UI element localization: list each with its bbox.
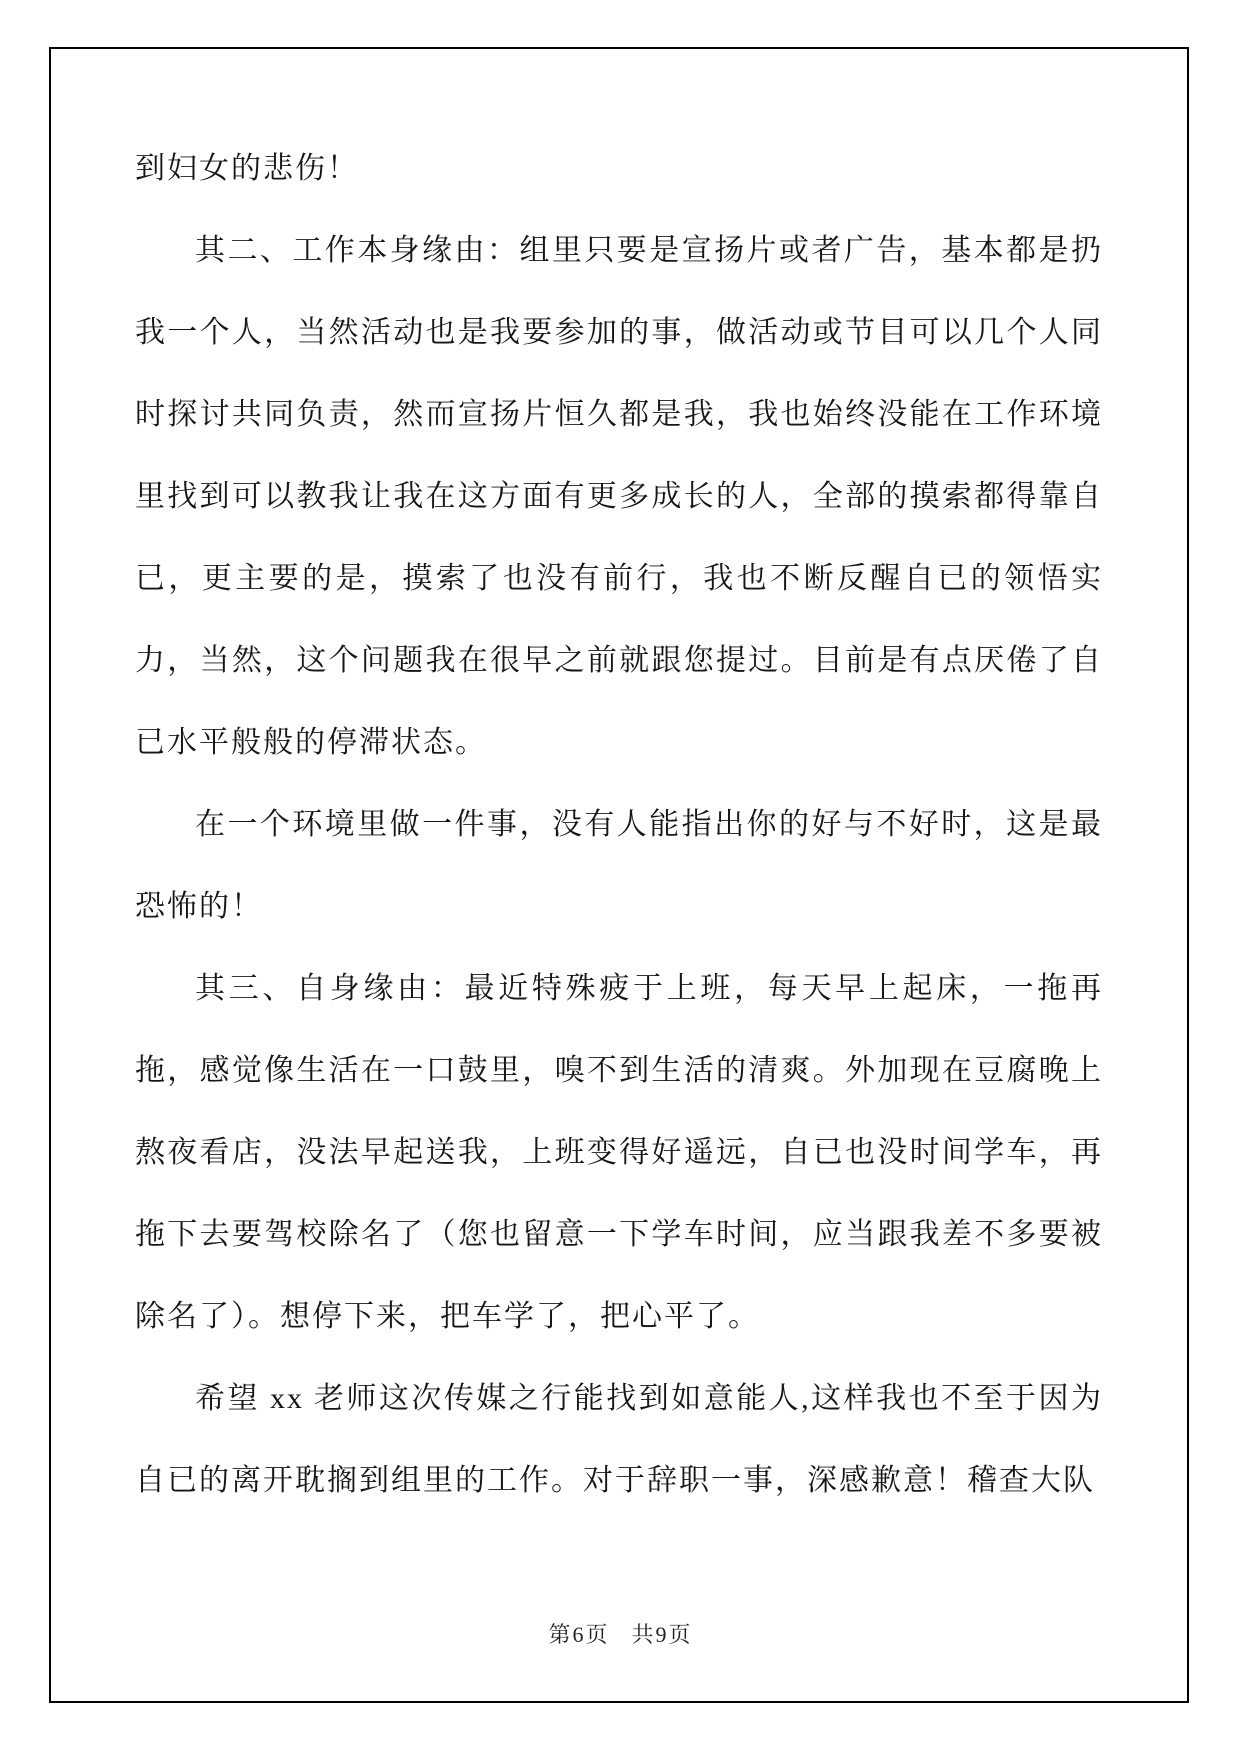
page-footer: 第6页共9页 (0, 1618, 1241, 1649)
document-body: 到妇女的悲伤！ 其二、工作本身缘由：组里只要是宣扬片或者广告，基本都是扔我一个人… (135, 128, 1103, 1522)
paragraph: 其三、自身缘由：最近特殊疲于上班，每天早上起床，一拖再拖，感觉像生活在一口鼓里，… (135, 948, 1103, 1358)
page-number-current: 第6页 (548, 1622, 609, 1647)
page-number-total: 共9页 (632, 1622, 693, 1647)
paragraph: 在一个环境里做一件事，没有人能指出你的好与不好时，这是最恐怖的！ (135, 784, 1103, 948)
document-page: 到妇女的悲伤！ 其二、工作本身缘由：组里只要是宣扬片或者广告，基本都是扔我一个人… (0, 0, 1241, 1754)
paragraph: 其二、工作本身缘由：组里只要是宣扬片或者广告，基本都是扔我一个人，当然活动也是我… (135, 210, 1103, 784)
paragraph: 到妇女的悲伤！ (135, 128, 1103, 210)
paragraph: 希望 xx 老师这次传媒之行能找到如意能人,这样我也不至于因为自已的离开耽搁到组… (135, 1358, 1103, 1522)
